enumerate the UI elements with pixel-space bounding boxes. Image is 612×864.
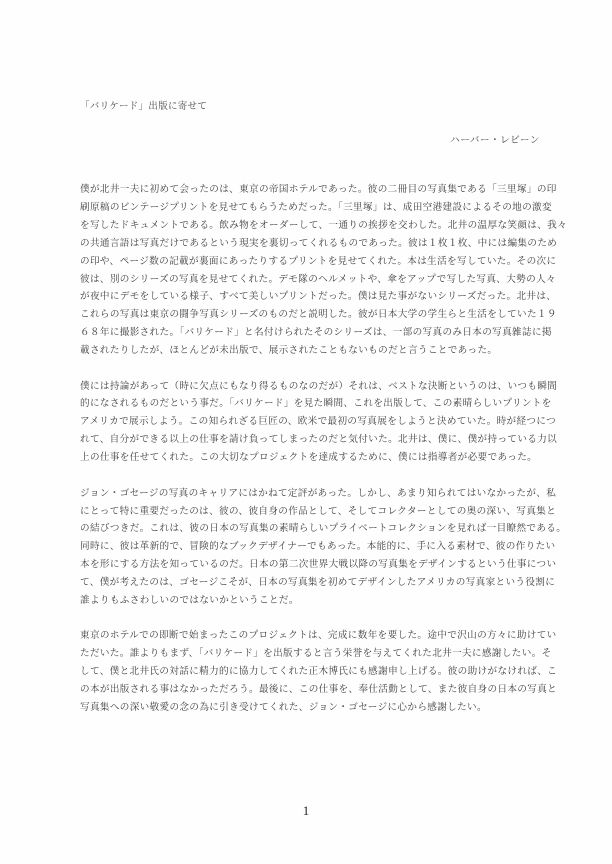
text-line: の印や、ページ数の記載が裏面にあったりするプリントを見せてくれた。本は生活を写し… <box>80 253 545 271</box>
text-line: 僕が北井一夫に初めて会ったのは、東京の帝国ホテルであった。彼の二冊目の写真集であ… <box>80 181 545 199</box>
text-line: 同時に、彼は革新的で、冒険的なブックデザイナーでもあった。本能的に、手に入る素材… <box>80 538 545 556</box>
paragraph-2: 僕には持論があって（時に欠点にもなり得るものなのだが）それは、ベストな決断という… <box>80 378 545 468</box>
text-line: 載されたりしたが、ほとんどが未出版で、展示されたこともないものだと言うことであっ… <box>80 342 545 360</box>
text-line: 刷原稿のビンテージプリントを見せてもらうためだった。「三里塚」は、成田空港建設に… <box>80 199 545 217</box>
text-line: 僕には持論があって（時に欠点にもなり得るものなのだが）それは、ベストな決断という… <box>80 378 545 396</box>
paragraph-4: 東京のホテルでの即断で始まったこのプロジェクトは、完成に数年を要した。途中で沢山… <box>80 627 545 717</box>
document-page: 「バリケード」出版に寄せて ハーバー・レビーン 僕が北井一夫に初めて会ったのは、… <box>0 0 612 864</box>
text-line: 上の仕事を任せてくれた。この大切なプロジェクトを達成するために、僕には指導者が必… <box>80 449 545 467</box>
text-line: 誰よりもふさわしいのではないかということだ。 <box>80 592 545 610</box>
text-line: して、僕と北井氏の対話に精力的に協力してくれた正木博氏にも感謝申し上げる。彼の助… <box>80 663 545 681</box>
document-body: 僕が北井一夫に初めて会ったのは、東京の帝国ホテルであった。彼の二冊目の写真集であ… <box>80 181 545 734</box>
text-line: ただいた。誰よりもまず、「バリケード」を出版すると言う栄誉を与えてくれた北井一夫… <box>80 645 545 663</box>
text-line: アメリカで展示しよう。この知られざる巨匠の、欧米で最初の写真展をしようと決めてい… <box>80 413 545 431</box>
text-line: れて、自分ができる以上の仕事を請け負ってしまったのだと気付いた。北井は、僕に、僕… <box>80 431 545 449</box>
text-line: これらの写真は東京の闘争写真シリーズのものだと説明した。彼が日本大学の学生らと生… <box>80 306 545 324</box>
text-line: の共通言語は写真だけであるという現実を裏切ってくれるものであった。彼は１枚１枚、… <box>80 235 545 253</box>
document-title: 「バリケード」出版に寄せて <box>80 98 207 112</box>
text-line: 本を形にする方法を知っているのだ。日本の第二次世界大戦以降の写真集をデザインする… <box>80 556 545 574</box>
text-line: を写したドキュメントである。飲み物をオーダーして、一通りの挨拶を交わした。北井の… <box>80 217 545 235</box>
page-number: 1 <box>0 803 612 819</box>
paragraph-1: 僕が北井一夫に初めて会ったのは、東京の帝国ホテルであった。彼の二冊目の写真集であ… <box>80 181 545 360</box>
text-line: ジョン・ゴセージの写真のキャリアにはかねて定評があった。しかし、あまり知られては… <box>80 485 545 503</box>
text-line: 彼は、別のシリーズの写真を見せてくれた。デモ隊のヘルメットや、傘をアップで写した… <box>80 271 545 289</box>
author-name: ハーバー・レビーン <box>450 132 540 146</box>
paragraph-3: ジョン・ゴセージの写真のキャリアにはかねて定評があった。しかし、あまり知られては… <box>80 485 545 610</box>
text-line: の結びつきだ。これは、彼の日本の写真集の素晴らしいプライベートコレクションを見れ… <box>80 520 545 538</box>
text-line: て、僕が考えたのは、ゴセージこそが、日本の写真集を初めてデザインしたアメリカの写… <box>80 574 545 592</box>
text-line: 的になされるものだという事だ。「バリケード」を見た瞬間、これを出版して、この素晴… <box>80 395 545 413</box>
text-line: の本が出版される事はなかっただろう。最後に、この仕事を、奉仕活動として、また彼自… <box>80 681 545 699</box>
text-line: が夜中にデモをしている様子、すべて美しいプリントだった。僕は見た事がないシリーズ… <box>80 288 545 306</box>
text-line: 東京のホテルでの即断で始まったこのプロジェクトは、完成に数年を要した。途中で沢山… <box>80 627 545 645</box>
text-line: にとって特に重要だったのは、彼の、彼自身の作品として、そしてコレクターとしての奥… <box>80 503 545 521</box>
text-line: ６８年に撮影された。「バリケード」と名付けられたそのシリーズは、一部の写真のみ日… <box>80 324 545 342</box>
text-line: 写真集への深い敬愛の念の為に引き受けてくれた、ジョン・ゴセージに心から感謝したい… <box>80 699 545 717</box>
